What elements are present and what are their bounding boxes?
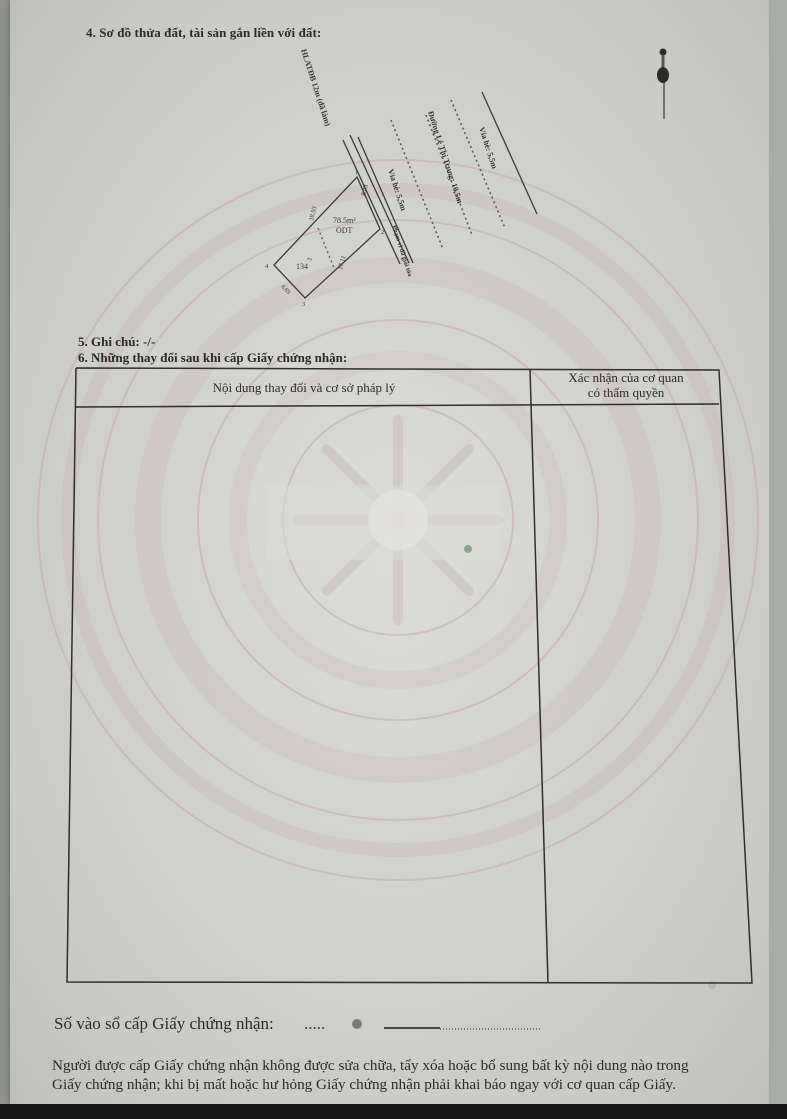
land-plot-diagram: HLATĐB 12m (đã làm) Đường Lê Thị Trung: …: [0, 0, 787, 330]
registry-value: .....: [304, 1014, 545, 1034]
parcel-number: 134: [296, 262, 308, 271]
vertex-3: 3: [302, 301, 305, 308]
edge-2: 17.11: [337, 255, 347, 271]
section-5-title: 5. Ghi chú: -/-: [78, 334, 155, 350]
redacted-registry-number: [330, 1018, 545, 1032]
road-main-label: HLATĐB 12m (đã làm): [299, 48, 333, 128]
edge-3: 6.69: [280, 284, 292, 296]
vertex-2: 2: [381, 229, 384, 236]
notice-line-1: Người được cấp Giấy chứng nhận không đượ…: [52, 1056, 782, 1075]
land-use-label: ODT: [336, 226, 353, 235]
table-header-content: Nội dung thay đổi và cơ sở pháp lý: [76, 380, 532, 396]
section-6-title: 6. Những thay đổi sau khi cấp Giấy chứng…: [78, 350, 347, 366]
photo-bottom-edge: [0, 1104, 787, 1119]
notice-line-2: Giấy chứng nhận; khi bị mất hoặc hư hỏng…: [52, 1075, 782, 1094]
table-header-authority-line1: Xác nhận của cơ quan: [533, 370, 719, 385]
map-sheet: 2: [307, 257, 313, 261]
table-header-authority-line2: có thẩm quyền: [533, 385, 719, 400]
north-arrow-icon: [657, 49, 669, 120]
registry-value-text: .....: [304, 1014, 325, 1033]
area-label: 78.5m²: [333, 216, 356, 225]
sidewalk-right-label: Vỉa hè: 5,5m: [477, 126, 499, 170]
road-name-label: Đường Lê Thị Trung: 10,5m: [426, 110, 465, 205]
vertex-1: 1: [355, 169, 358, 176]
vertex-4: 4: [265, 263, 269, 270]
notice-text: Người được cấp Giấy chứng nhận không đượ…: [52, 1056, 782, 1094]
table-header-authority: Xác nhận của cơ quan có thẩm quyền: [533, 370, 719, 400]
registry-label: Số vào sổ cấp Giấy chứng nhận:: [54, 1014, 274, 1034]
sidewalk-left-label: Vỉa hè: 5,5m: [386, 168, 408, 212]
